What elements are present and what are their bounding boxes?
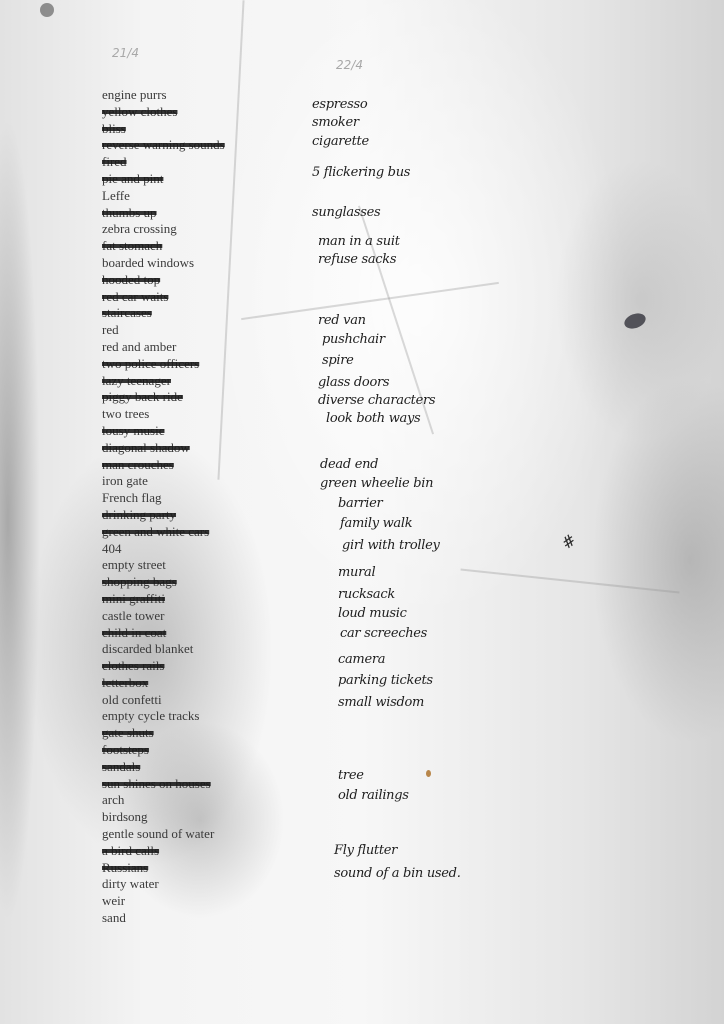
list-item-text: two police officers <box>102 356 199 371</box>
printed-word-list: engine purrsyellow clothesblissreverse w… <box>102 87 225 927</box>
list-item: old confetti <box>102 692 225 709</box>
struck-list-item: sun shines on houses <box>102 776 225 793</box>
list-item-text: footsteps <box>102 742 149 757</box>
list-item: two trees <box>102 406 225 423</box>
list-item-text: engine purrs <box>102 87 167 102</box>
handwritten-note: parking tickets <box>338 673 433 688</box>
list-item-text: weir <box>102 893 125 908</box>
handwritten-note: smoker <box>312 115 359 130</box>
struck-list-item: piggy back ride <box>102 389 225 406</box>
list-item: gentle sound of water <box>102 826 225 843</box>
list-item: empty street <box>102 557 225 574</box>
paper-crease <box>241 282 499 320</box>
handwritten-note: car screeches <box>340 626 427 641</box>
ink-smudge <box>40 3 54 17</box>
handwritten-note: dead end <box>320 457 378 472</box>
list-item-text: clothes rails <box>102 658 164 673</box>
list-item: sand <box>102 910 225 927</box>
list-item-text: dirty water <box>102 876 159 891</box>
handwritten-note: cigarette <box>312 134 369 149</box>
struck-list-item: staircases <box>102 305 225 322</box>
struck-list-item: pie and pint <box>102 171 225 188</box>
list-item-text: boarded windows <box>102 255 194 270</box>
struck-list-item: green and white cars <box>102 524 225 541</box>
list-item-text: gentle sound of water <box>102 826 214 841</box>
handwritten-note: old railings <box>338 788 409 803</box>
list-item-text: French flag <box>102 490 162 505</box>
handwritten-note: refuse sacks <box>318 252 396 267</box>
struck-list-item: fat stomach <box>102 238 225 255</box>
struck-list-item: red car waits <box>102 289 225 306</box>
struck-list-item: man crouches <box>102 457 225 474</box>
handwritten-note: rucksack <box>338 587 395 602</box>
struck-list-item: Russians <box>102 860 225 877</box>
handwritten-note: red van <box>318 313 366 328</box>
handwritten-note: 5 flickering bus <box>312 165 410 180</box>
list-item-text: yellow clothes <box>102 104 177 119</box>
handwritten-note: girl with trolley <box>342 538 440 553</box>
list-item-text: zebra crossing <box>102 221 177 236</box>
list-item: 404 <box>102 541 225 558</box>
list-item: empty cycle tracks <box>102 708 225 725</box>
struck-list-item: gate shuts <box>102 725 225 742</box>
struck-list-item: thumbs up <box>102 205 225 222</box>
date-left: 21/4 <box>112 46 139 60</box>
list-item-text: drinking party <box>102 507 176 522</box>
list-item-text: fat stomach <box>102 238 162 253</box>
list-item-text: reverse warning sounds <box>102 137 225 152</box>
list-item-text: child in coat <box>102 625 166 640</box>
list-item: red <box>102 322 225 339</box>
struck-list-item: a bird calls <box>102 843 225 860</box>
paper-crease <box>460 569 679 594</box>
list-item-text: piggy back ride <box>102 389 183 404</box>
list-item-text: empty street <box>102 557 166 572</box>
handwritten-note: Fly flutter <box>334 843 397 858</box>
handwritten-note: camera <box>338 652 385 667</box>
list-item-text: diagonal shadow <box>102 440 190 455</box>
handwritten-note: spire <box>322 353 354 368</box>
list-item: castle tower <box>102 608 225 625</box>
list-item: zebra crossing <box>102 221 225 238</box>
struck-list-item: drinking party <box>102 507 225 524</box>
list-item-text: fired <box>102 154 127 169</box>
struck-list-item: child in coat <box>102 625 225 642</box>
struck-list-item: sandals <box>102 759 225 776</box>
struck-list-item: reverse warning sounds <box>102 137 225 154</box>
list-item-text: castle tower <box>102 608 164 623</box>
list-item-text: green and white cars <box>102 524 209 539</box>
ink-smudge <box>622 311 647 332</box>
list-item-text: birdsong <box>102 809 148 824</box>
list-item-text: sun shines on houses <box>102 776 211 791</box>
struck-list-item: letterbox <box>102 675 225 692</box>
list-item-text: man crouches <box>102 457 174 472</box>
list-item-text: letterbox <box>102 675 148 690</box>
struck-list-item: clothes rails <box>102 658 225 675</box>
handwritten-note: man in a suit <box>318 234 400 249</box>
list-item-text: mini graffiti <box>102 591 165 606</box>
list-item-text: iron gate <box>102 473 148 488</box>
list-item-text: lazy teenager <box>102 373 171 388</box>
list-item-text: hooded top <box>102 272 160 287</box>
list-item-text: Russians <box>102 860 148 875</box>
list-item-text: discarded blanket <box>102 641 193 656</box>
struck-list-item: lazy teenager <box>102 373 225 390</box>
handwritten-note: family walk <box>340 516 412 531</box>
handwritten-note: loud music <box>338 606 407 621</box>
list-item-text: old confetti <box>102 692 162 707</box>
struck-list-item: diagonal shadow <box>102 440 225 457</box>
struck-list-item: two police officers <box>102 356 225 373</box>
list-item-text: sandals <box>102 759 140 774</box>
list-item: engine purrs <box>102 87 225 104</box>
list-item-text: sand <box>102 910 126 925</box>
list-item: red and amber <box>102 339 225 356</box>
list-item: birdsong <box>102 809 225 826</box>
list-item-text: arch <box>102 792 124 807</box>
list-item-text: pie and pint <box>102 171 163 186</box>
handwritten-note: pushchair <box>322 332 385 347</box>
list-item-text: red <box>102 322 119 337</box>
handwritten-note: espresso <box>312 97 367 112</box>
struck-list-item: shopping bags <box>102 574 225 591</box>
list-item-text: shopping bags <box>102 574 177 589</box>
struck-list-item: yellow clothes <box>102 104 225 121</box>
handwritten-note: green wheelie bin <box>320 476 433 491</box>
list-item: iron gate <box>102 473 225 490</box>
list-item: boarded windows <box>102 255 225 272</box>
struck-list-item: bliss <box>102 121 225 138</box>
list-item-text: red and amber <box>102 339 176 354</box>
list-item-text: red car waits <box>102 289 168 304</box>
handwritten-note: look both ways <box>326 411 420 426</box>
handwritten-note: sunglasses <box>312 205 380 220</box>
list-item: Leffe <box>102 188 225 205</box>
list-item-text: two trees <box>102 406 149 421</box>
struck-list-item: hooded top <box>102 272 225 289</box>
list-item-text: a bird calls <box>102 843 159 858</box>
handwritten-note: glass doors <box>318 375 389 390</box>
list-item-text: Leffe <box>102 188 130 203</box>
list-item-text: staircases <box>102 305 152 320</box>
struck-list-item: footsteps <box>102 742 225 759</box>
handwritten-note: tree <box>338 768 364 783</box>
date-right: 22/4 <box>336 58 363 72</box>
list-item-text: lousy music <box>102 423 164 438</box>
struck-list-item: mini graffiti <box>102 591 225 608</box>
list-item-text: 404 <box>102 541 122 556</box>
struck-list-item: lousy music <box>102 423 225 440</box>
list-item-text: thumbs up <box>102 205 157 220</box>
ink-smudge <box>426 770 431 777</box>
handwritten-note: sound of a bin used. <box>334 866 461 881</box>
list-item-text: empty cycle tracks <box>102 708 199 723</box>
struck-list-item: fired <box>102 154 225 171</box>
handwritten-note: mural <box>338 565 375 580</box>
list-item: dirty water <box>102 876 225 893</box>
list-item: discarded blanket <box>102 641 225 658</box>
list-item: French flag <box>102 490 225 507</box>
list-item: arch <box>102 792 225 809</box>
handwritten-note: diverse characters <box>318 393 435 408</box>
list-item-text: gate shuts <box>102 725 154 740</box>
handwritten-note: small wisdom <box>338 695 424 710</box>
handwritten-note: barrier <box>338 496 382 511</box>
list-item: weir <box>102 893 225 910</box>
list-item-text: bliss <box>102 121 126 136</box>
